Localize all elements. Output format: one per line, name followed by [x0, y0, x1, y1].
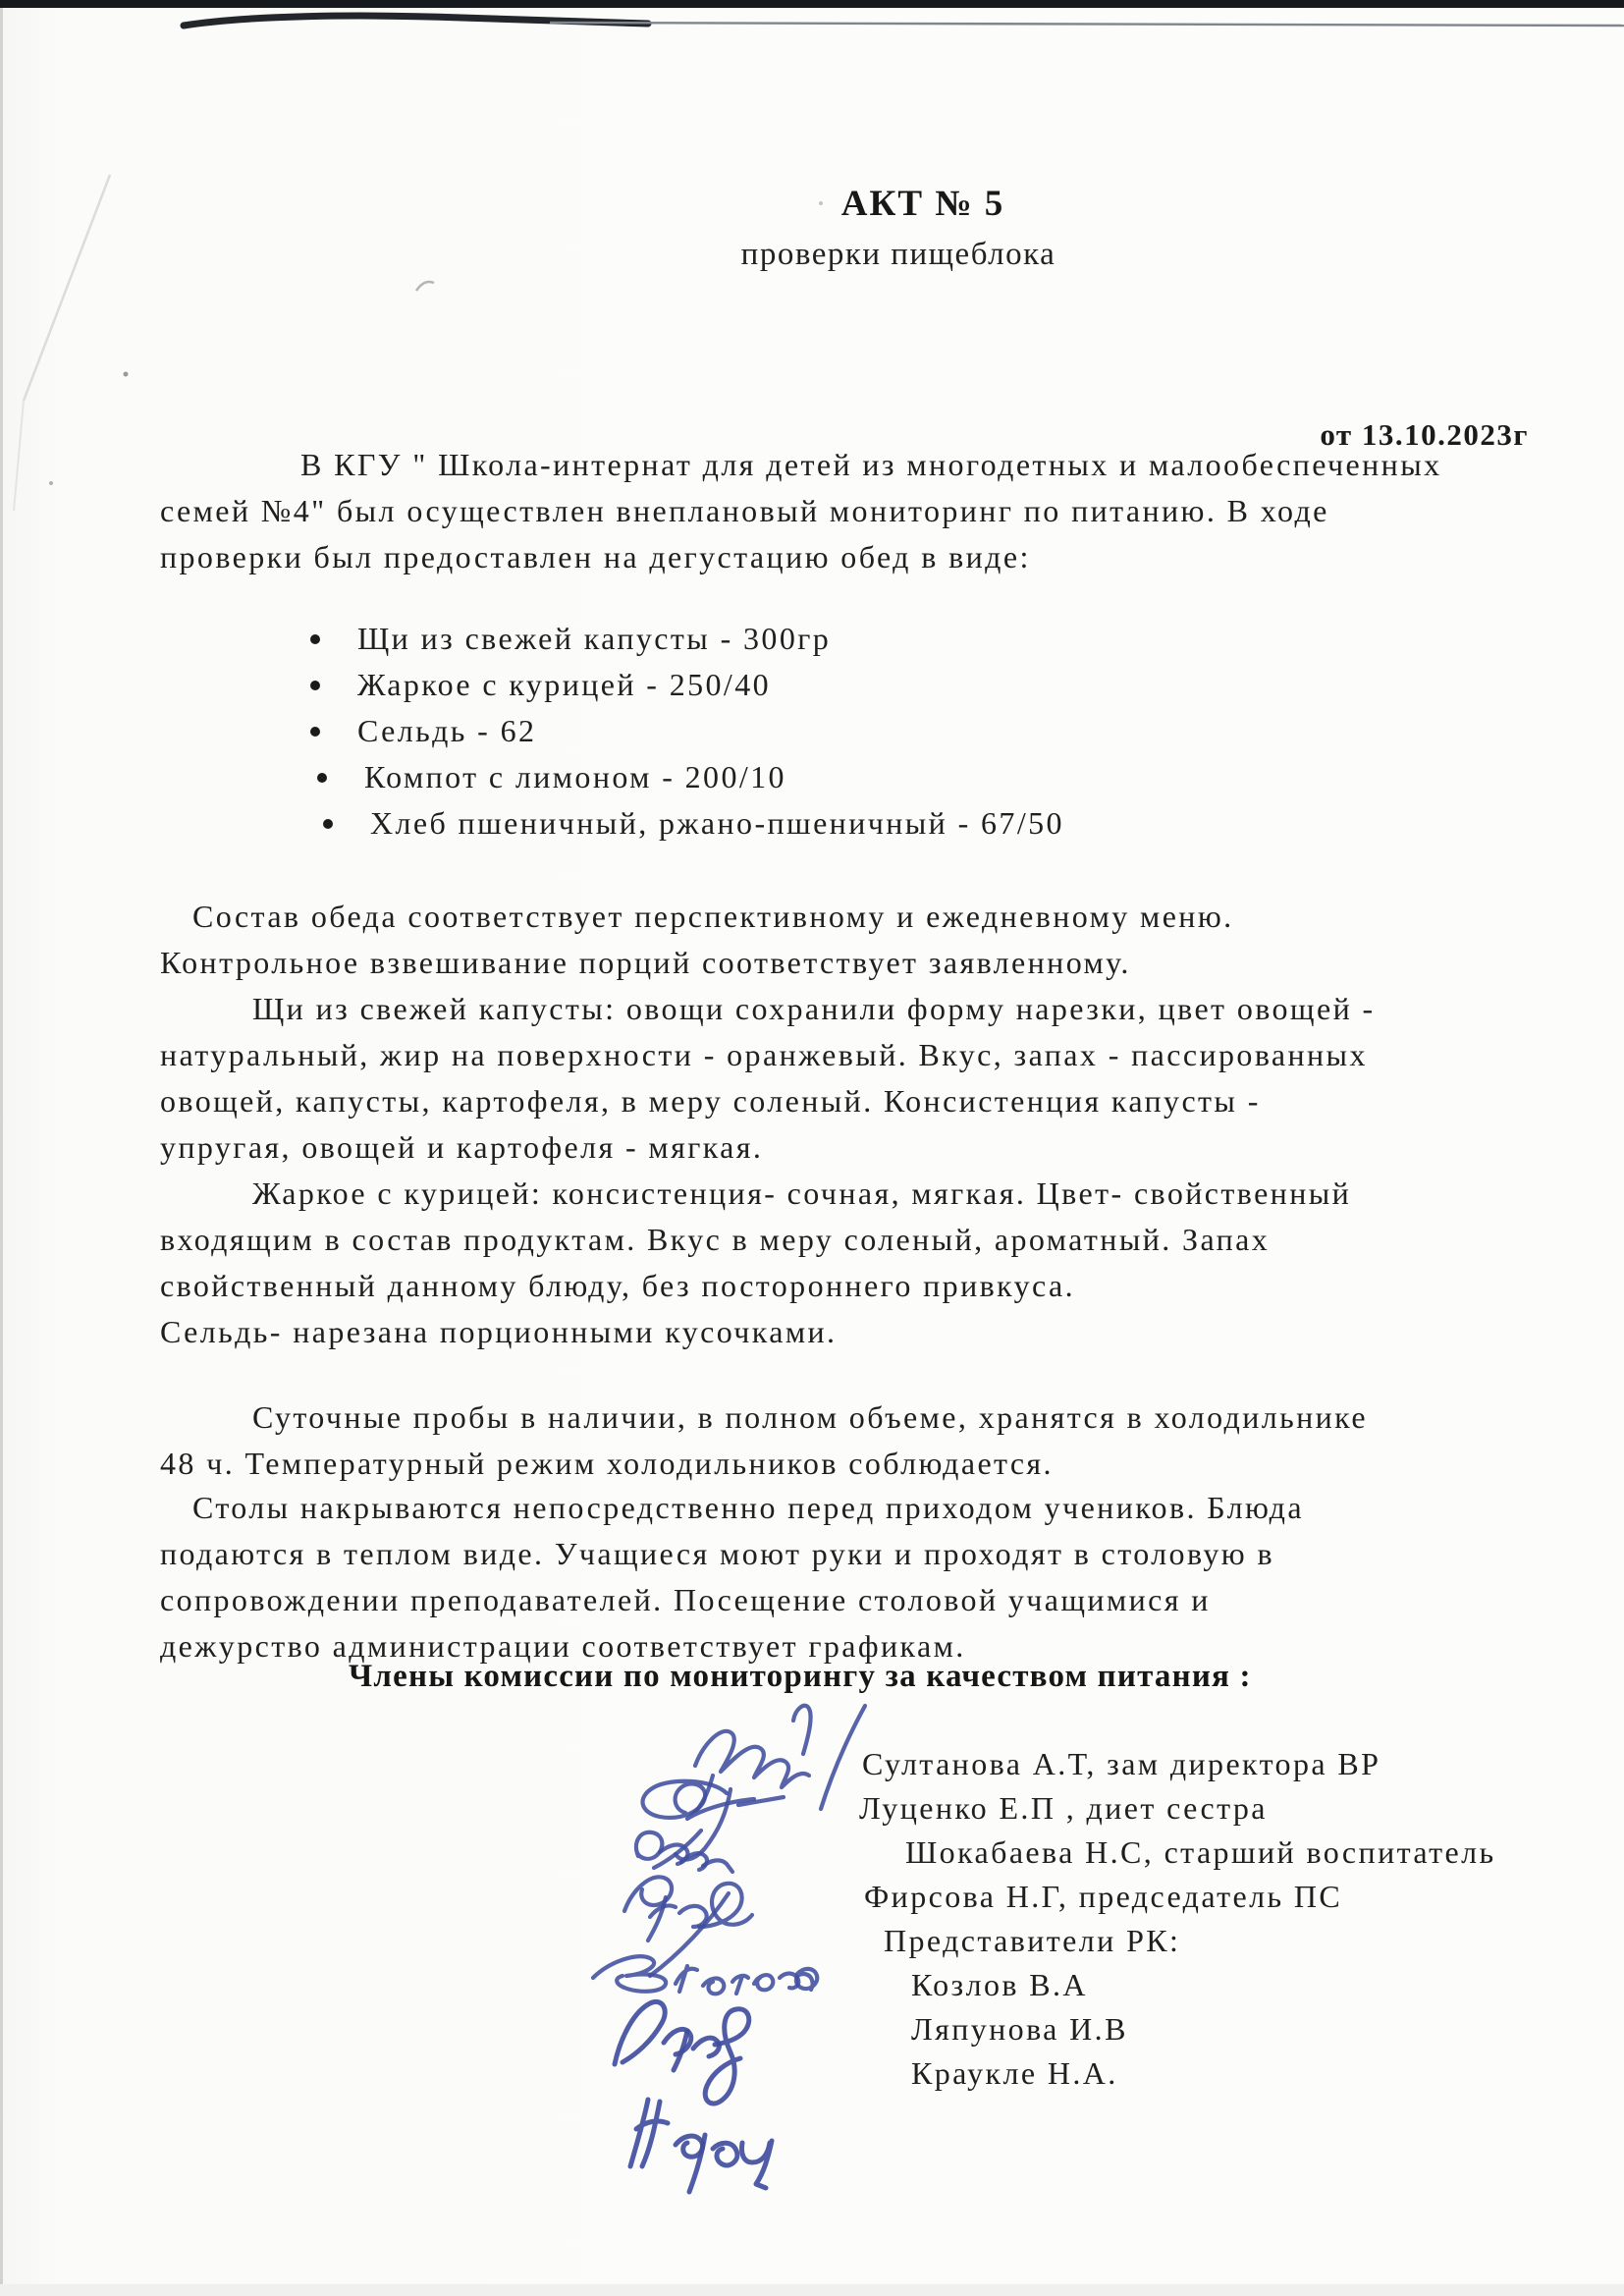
bullet-icon [310, 681, 320, 690]
text-line: овощей, капусты, картофеля, в меру солен… [160, 1078, 1376, 1124]
ink-speck [49, 481, 53, 485]
text-line: Контрольное взвешивание порций соответст… [160, 940, 1234, 986]
menu-item-label: Компот с лимоном - 200/10 [364, 759, 786, 794]
signer-line: Султанова А.Т, зам директора ВР [0, 1742, 1624, 1786]
ink-speck [124, 372, 129, 377]
signer-line: Фирсова Н.Г, председатель ПС [0, 1875, 1624, 1919]
document-title: АКТ № 5 [263, 179, 1583, 230]
paragraph-zharkoe: Жаркое с курицей: консистенция- сочная, … [160, 1171, 1351, 1355]
text-line: Суточные пробы в наличии, в полном объем… [160, 1394, 1368, 1441]
menu-item-label: Щи из свежей капусты - 300гр [357, 621, 831, 656]
menu-list: Щи из свежей капусты - 300гр Жаркое с ку… [160, 616, 1064, 847]
menu-item: Хлеб пшеничный, ржано-пшеничный - 67/50 [160, 800, 1064, 847]
text-line: упругая, овощей и картофеля - мягкая. [160, 1124, 1376, 1171]
paper-crease-tail [14, 401, 24, 511]
signers-block: Султанова А.Т, зам директора ВР Луценко … [0, 1742, 1624, 2096]
scan-bottom-edge [0, 2284, 1624, 2296]
scan-page-edge-shadow [184, 16, 648, 26]
text-line: Столы накрываются непосредственно перед … [160, 1485, 1304, 1531]
menu-item: Жаркое с курицей - 250/40 [160, 662, 1064, 708]
paragraph-shchi: Щи из свежей капусты: овощи сохранили фо… [160, 986, 1376, 1171]
text-line: свойственный данному блюду, без посторон… [160, 1263, 1351, 1309]
commission-heading: Члены комиссии по мониторингу за качеств… [349, 1654, 1252, 1700]
scanned-document-page: АКТ № 5 проверки пищеблока от 13.10.2023… [0, 0, 1624, 2296]
bullet-icon [323, 819, 333, 829]
paragraph-stoly: Столы накрываются непосредственно перед … [160, 1485, 1304, 1669]
bullet-icon [317, 773, 327, 783]
document-subtitle: проверки пищеблока [214, 230, 1583, 279]
text-line: входящим в состав продуктам. Вкус в меру… [160, 1217, 1351, 1263]
text-line: проверки был предоставлен на дегустацию … [160, 534, 1442, 580]
menu-item: Щи из свежей капусты - 300гр [160, 616, 1064, 662]
bullet-icon [310, 727, 320, 737]
pencil-mark [416, 282, 434, 291]
paragraph-proby: Суточные пробы в наличии, в полном объем… [160, 1394, 1368, 1487]
paragraph-intro: В КГУ " Школа-интернат для детей из мног… [160, 442, 1442, 580]
menu-item-label: Сельдь - 62 [357, 713, 536, 748]
signer-line: Шокабаева Н.С, старший воспитатель [0, 1831, 1624, 1875]
signer-line: Луценко Е.П , диет сестра [0, 1786, 1624, 1831]
text-line: натуральный, жир на поверхности - оранже… [160, 1032, 1376, 1078]
signature-kraukle [630, 2100, 772, 2192]
text-line: Сельдь- нарезана порционными кусочками. [160, 1309, 1351, 1355]
paper-crease [24, 175, 110, 401]
bullet-icon [310, 634, 320, 644]
document-heading: АКТ № 5 проверки пищеблока [214, 179, 1583, 279]
text-line: Щи из свежей капусты: овощи сохранили фо… [160, 986, 1376, 1032]
text-line: Жаркое с курицей: консистенция- сочная, … [160, 1171, 1351, 1217]
signer-line: Краукле Н.А. [0, 2051, 1624, 2096]
signer-line: Представители РК: [0, 1919, 1624, 1963]
text-line: Состав обеда соответствует перспективном… [160, 894, 1234, 940]
text-line: сопровождении преподавателей. Посещение … [160, 1577, 1304, 1623]
text-line: подаются в теплом виде. Учащиеся моют ру… [160, 1531, 1304, 1577]
text-line: В КГУ " Школа-интернат для детей из мног… [160, 442, 1442, 488]
signer-line: Козлов В.А [0, 1963, 1624, 2007]
paragraph-assessment: Состав обеда соответствует перспективном… [160, 894, 1234, 986]
text-line: 48 ч. Температурный режим холодильников … [160, 1441, 1368, 1487]
text-line: семей №4" был осуществлен внеплановый мо… [160, 488, 1442, 534]
menu-item-label: Жаркое с курицей - 250/40 [357, 667, 771, 702]
menu-item: Сельдь - 62 [160, 708, 1064, 754]
menu-item-label: Хлеб пшеничный, ржано-пшеничный - 67/50 [370, 805, 1064, 841]
scan-page-edge-line [550, 23, 1624, 26]
menu-item: Компот с лимоном - 200/10 [160, 754, 1064, 800]
scan-top-edge [0, 0, 1624, 8]
signer-line: Ляпунова И.В [0, 2007, 1624, 2051]
